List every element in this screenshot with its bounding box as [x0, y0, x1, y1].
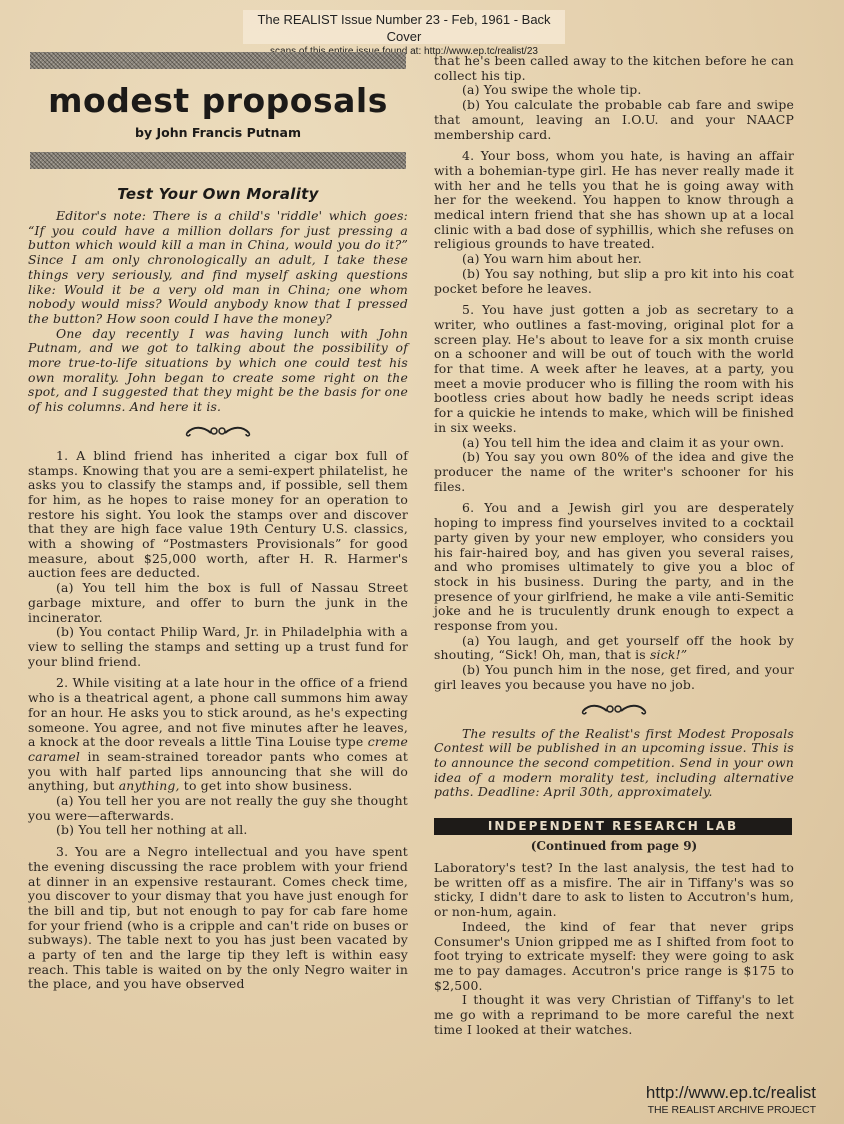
- footer-project: THE REALIST ARCHIVE PROJECT: [646, 1103, 816, 1117]
- question-4: 4. Your boss, whom you hate, is having a…: [434, 149, 794, 252]
- question-option: (b) You say nothing, but slip a pro kit …: [434, 267, 794, 296]
- halftone-rule-top: [30, 52, 406, 69]
- archive-banner: The REALIST Issue Number 23 - Feb, 1961 …: [243, 10, 565, 44]
- question-option: (a) You warn him about her.: [434, 252, 794, 267]
- question-6: 6. You and a Jewish girl you are despera…: [434, 501, 794, 633]
- question-option: (a) You tell her you are not really the …: [28, 794, 408, 823]
- question-2: 2. While visiting at a late hour in the …: [28, 676, 408, 794]
- article-byline: by John Francis Putnam: [28, 125, 408, 140]
- question-option: (a) You laugh, and get yourself off the …: [434, 634, 794, 663]
- footer-url: http://www.ep.tc/realist: [646, 1083, 816, 1103]
- editors-note: Editor's note: There is a child's 'riddl…: [28, 209, 408, 327]
- lab-paragraph: Indeed, the kind of fear that never grip…: [434, 920, 794, 994]
- question-option: (a) You tell him the idea and claim it a…: [434, 436, 794, 451]
- lab-section-header: INDEPENDENT RESEARCH LAB: [434, 818, 792, 835]
- archive-footer: http://www.ep.tc/realist THE REALIST ARC…: [646, 1083, 816, 1117]
- article-title: modest proposals: [28, 81, 408, 121]
- scroll-flourish-icon: [434, 701, 794, 715]
- right-column: that he's been called away to the kitche…: [434, 54, 794, 1037]
- question-option: (a) You tell him the box is full of Nass…: [28, 581, 408, 625]
- question-option: (b) You tell her nothing at all.: [28, 823, 408, 838]
- question-option: (a) You swipe the whole tip.: [434, 83, 794, 98]
- question-1: 1. A blind friend has inherited a cigar …: [28, 449, 408, 581]
- banner-title: The REALIST Issue Number 23 - Feb, 1961 …: [243, 11, 565, 45]
- halftone-rule-bottom: [30, 152, 406, 169]
- editors-note: One day recently I was having lunch with…: [28, 327, 408, 415]
- question-option: (b) You contact Philip Ward, Jr. in Phil…: [28, 625, 408, 669]
- contest-note: The results of the Realist's first Modes…: [434, 727, 794, 801]
- scroll-flourish-icon: [28, 423, 408, 437]
- question-option: (b) You say you own 80% of the idea and …: [434, 450, 794, 494]
- lab-paragraph: I thought it was very Christian of Tiffa…: [434, 993, 794, 1037]
- left-column: modest proposals by John Francis Putnam …: [28, 52, 408, 992]
- article-subtitle: Test Your Own Morality: [28, 185, 408, 203]
- lab-paragraph: Laboratory's test? In the last analysis,…: [434, 861, 794, 920]
- question-option: (b) You punch him in the nose, get fired…: [434, 663, 794, 692]
- continued-note: (Continued from page 9): [434, 839, 794, 853]
- question-5: 5. You have just gotten a job as secreta…: [434, 303, 794, 435]
- question-option: (b) You calculate the probable cab fare …: [434, 98, 794, 142]
- question-3: 3. You are a Negro intellectual and you …: [28, 845, 408, 992]
- question-3-continued: that he's been called away to the kitche…: [434, 54, 794, 83]
